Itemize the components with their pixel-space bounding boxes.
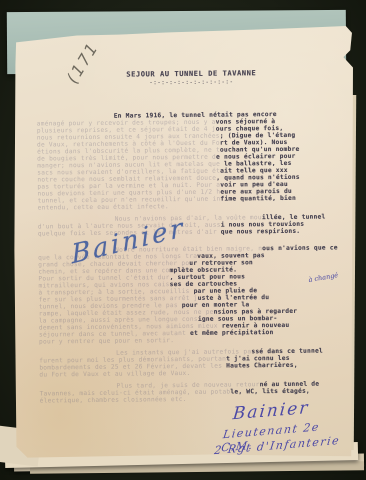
photo-background: (171 SEJOUR AU TUNNEL DE TAVANNE -:-:-:-…	[0, 0, 366, 480]
main-document-sheet: (171 SEJOUR AU TUNNEL DE TAVANNE -:-:-:-…	[12, 26, 354, 458]
title-underline: -:-:-:-:-:-:-:-:-:-:-	[116, 78, 266, 87]
document-page: (171 SEJOUR AU TUNNEL DE TAVANNE -:-:-:-…	[10, 24, 357, 460]
pencil-page-number: (171	[64, 37, 101, 89]
paragraph: Les instants que j'ai autrefois passé da…	[39, 347, 343, 378]
title-block: SEJOUR AU TUNNEL DE TAVANNE -:-:-:-:-:-:…	[116, 69, 266, 87]
document-title: SEJOUR AU TUNNEL DE TAVANNE	[116, 69, 266, 79]
paragraph: En Mars 1916, le tunnel nétait pas encor…	[37, 110, 342, 211]
paragraph: Nous n'avions pas d'air, la voûte mouill…	[38, 213, 342, 237]
